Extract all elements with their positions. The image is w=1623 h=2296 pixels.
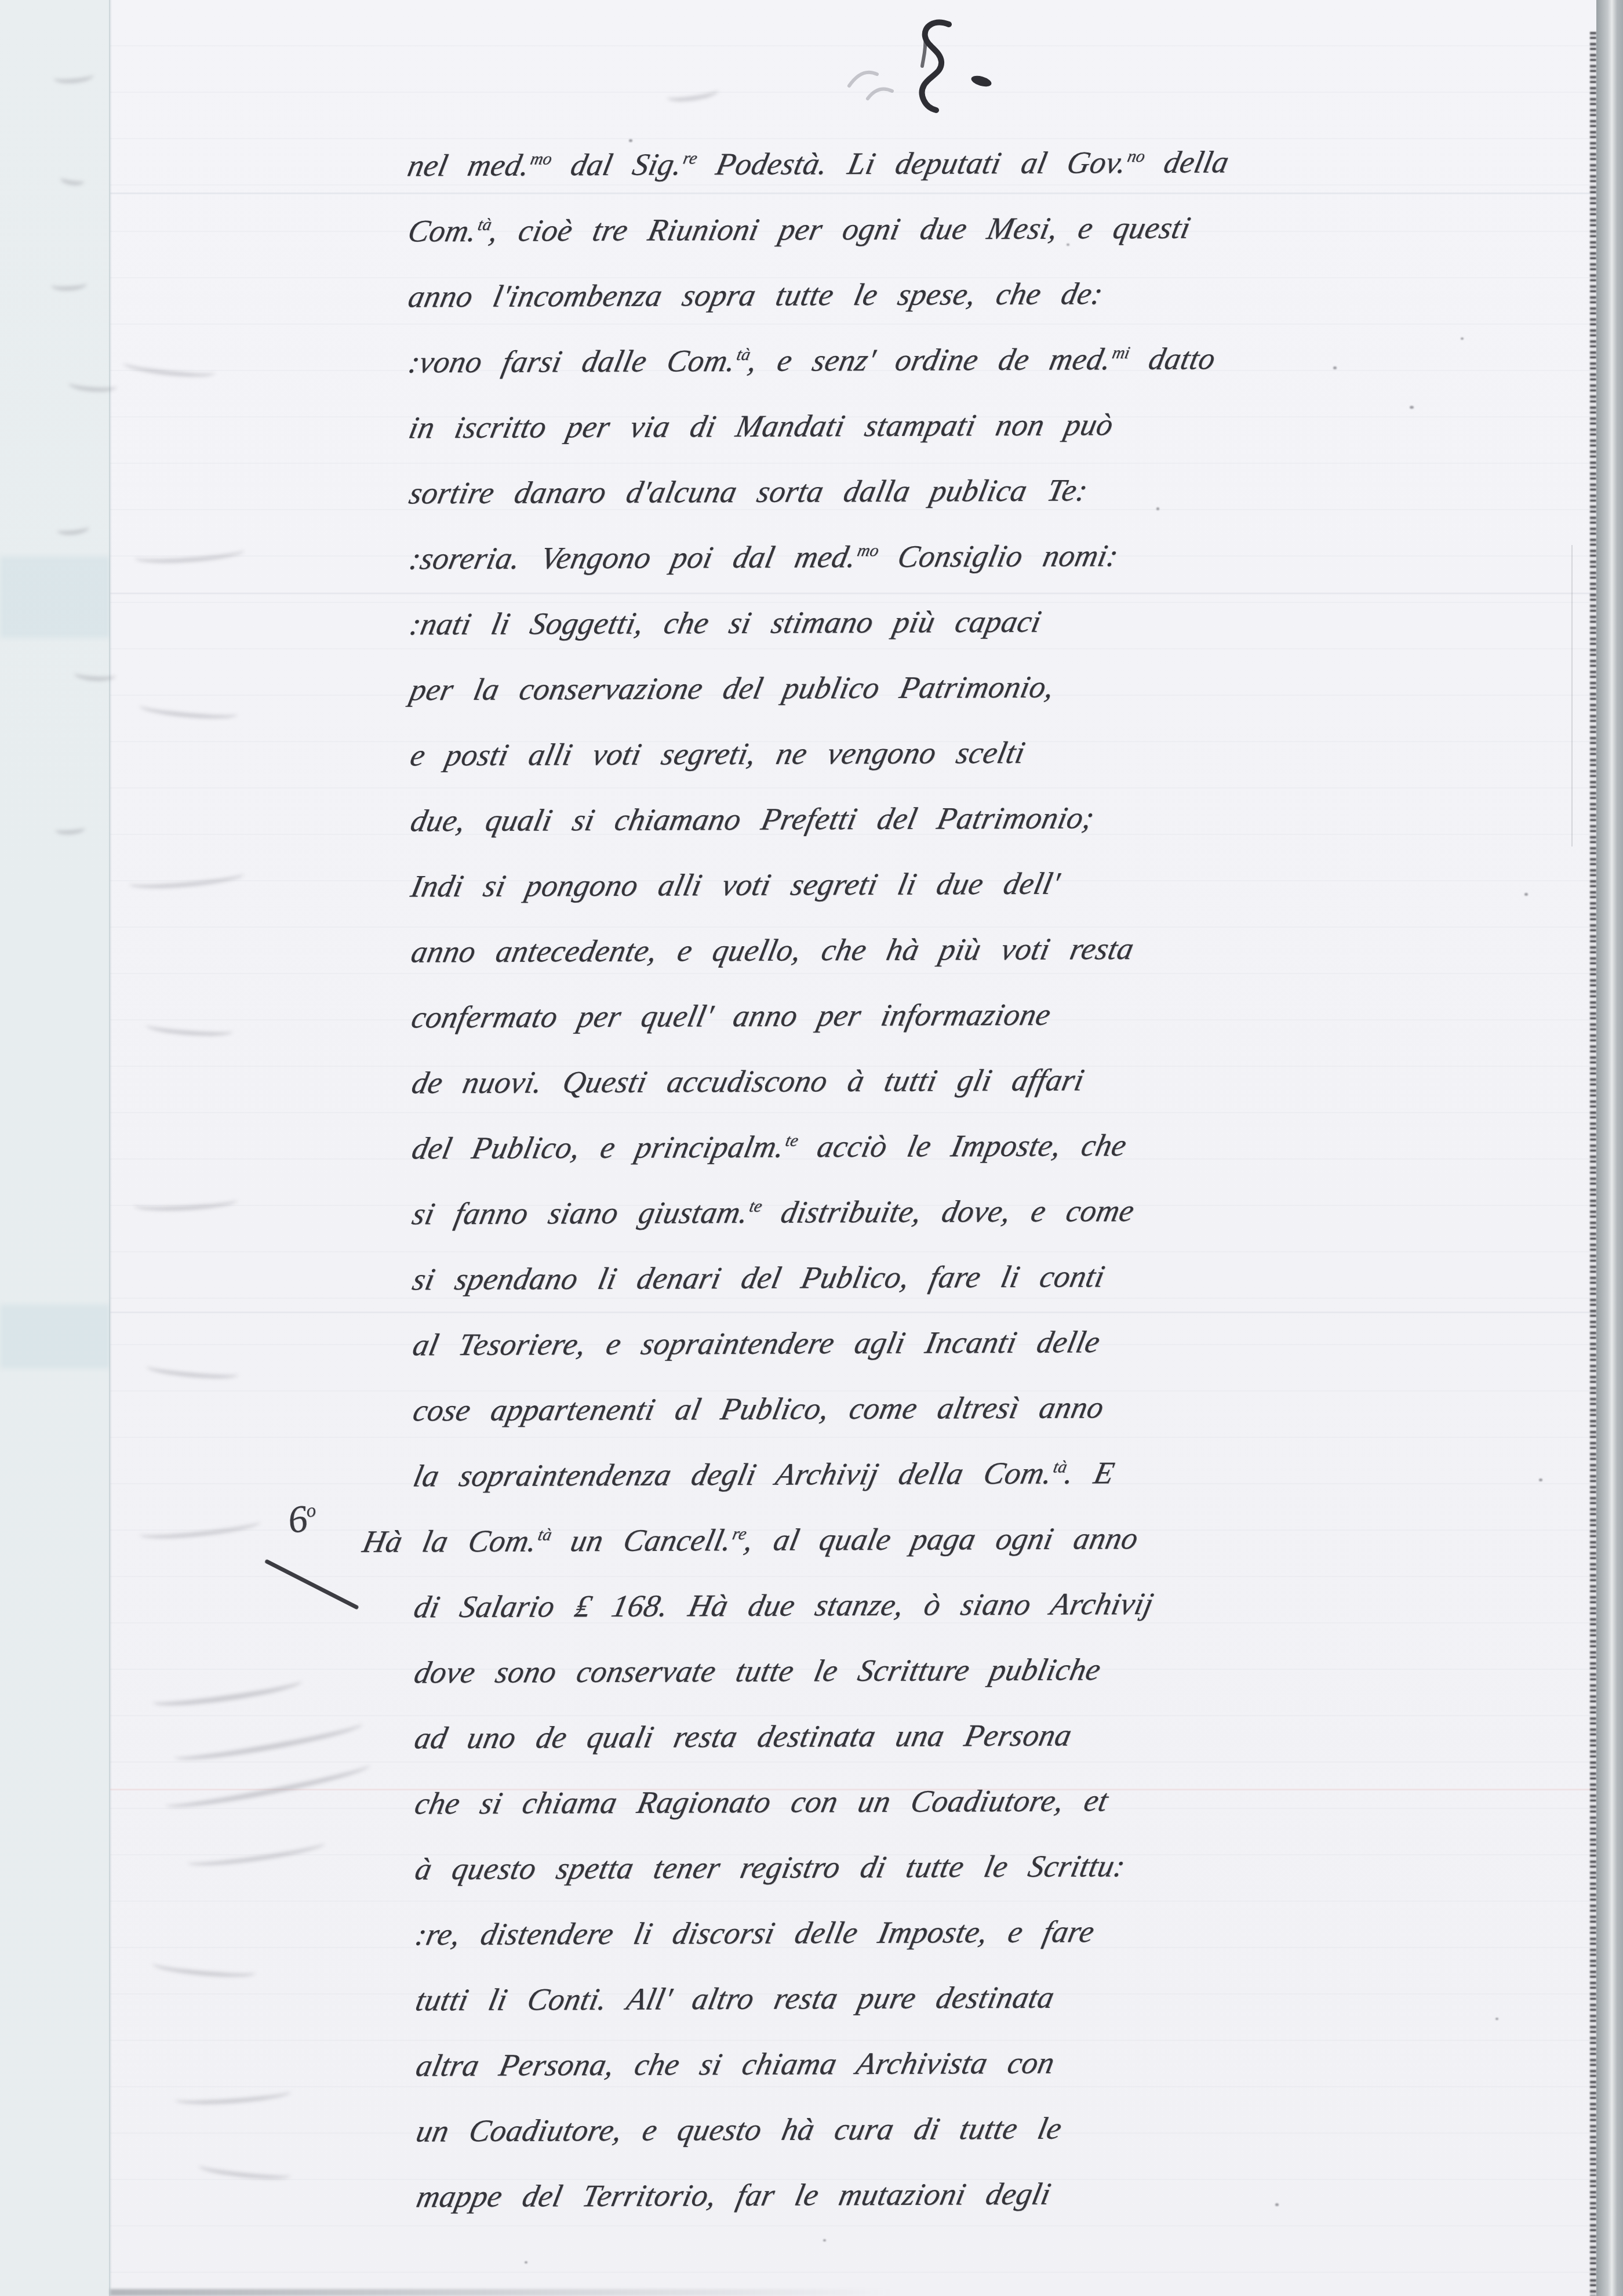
manuscript-line: un Coadiutore, e questo hà cura di tutte…	[417, 2094, 1582, 2164]
manuscript-line: Hà la Com.tà un Cancell.re, al quale pag…	[363, 1504, 1579, 1575]
manuscript-line-ink: tutti li Conti. All' altro resta pure de…	[409, 1965, 1061, 2033]
manuscript-line-ink: Hà la Com.tà un Cancell.re, al quale pag…	[356, 1506, 1145, 1575]
manuscript-line-ink: nel med.mo dal Sig.re Podestà. Li deputa…	[402, 129, 1236, 198]
scanner-right-band	[1596, 0, 1623, 2296]
manuscript-line-ink: la sopraintendenza degli Archivij della …	[407, 1440, 1120, 1509]
manuscript-line: anno antecedente, e quello, che hà più v…	[412, 914, 1577, 985]
ink-speck	[1539, 1478, 1542, 1481]
manuscript-line-ink: un Coadiutore, e questo hà cura di tutte…	[410, 2095, 1068, 2164]
manuscript-line: nel med.mo dal Sig.re Podestà. Li deputa…	[408, 128, 1573, 199]
ink-speck	[1524, 893, 1528, 896]
flourish-swash-icon	[826, 17, 1011, 122]
manuscript-line-ink: e posti alli voti segreti, ne vengono sc…	[404, 720, 1031, 789]
manuscript-line-ink: due, quali si chiamano Prefetti del Patr…	[405, 785, 1101, 853]
manuscript-line-ink: anno antecedente, e quello, che hà più v…	[405, 916, 1141, 985]
manuscript-line: :re, distendere li discorsi delle Impost…	[416, 1897, 1581, 1968]
manuscript-line: :nati li Soggetti, che si stimano più ca…	[410, 587, 1575, 657]
manuscript-line-ink: ad uno de quali resta destinata una Pers…	[408, 1702, 1078, 1771]
manuscript-line-ink: mappe del Territorio, far le mutazioni d…	[410, 2161, 1057, 2230]
manuscript-line: :soreria. Vengono poi dal med.mo Consigl…	[410, 521, 1575, 592]
manuscript-line-ink: Indi si pongono alli voti segreti li due…	[405, 851, 1066, 919]
scanner-streak	[0, 557, 110, 638]
manuscript-line-ink: confermato per quell' anno per informazi…	[405, 982, 1057, 1051]
manuscript-line: de nuovi. Questi accudiscono à tutti gli…	[412, 1045, 1577, 1116]
manuscript-line: ad uno de quali resta destinata una Pers…	[415, 1701, 1580, 1771]
scanned-page: 6o nel med.mo dal Sig.re Podestà. Li dep…	[0, 0, 1623, 2296]
manuscript-line: à questo spetta tener registro di tutte …	[416, 1832, 1581, 1902]
manuscript-line-ink: altra Persona, che si chiama Archivista …	[410, 2030, 1061, 2099]
manuscript-line: del Publico, e principalm.te acciò le Im…	[413, 1111, 1578, 1182]
manuscript-line-ink: cose appartenenti al Publico, come altre…	[407, 1375, 1110, 1443]
manuscript-line: Indi si pongono alli voti segreti li due…	[412, 849, 1577, 920]
manuscript-line: anno l'incombenza sopra tutte le spese, …	[409, 259, 1574, 330]
ink-speck	[525, 2261, 527, 2264]
ink-speck	[1275, 2203, 1279, 2206]
manuscript-line-ink: dove sono conservate tutte le Scritture …	[408, 1637, 1107, 1705]
manuscript-line: :vono farsi dalle Com.tà, e senz' ordine…	[409, 325, 1574, 395]
ink-speck	[823, 2239, 826, 2241]
manuscript-line: al Tesoriere, e sopraintendere agli Inca…	[413, 1307, 1578, 1378]
manuscript-line: Com.tà, cioè tre Riunioni per ogni due M…	[409, 194, 1574, 264]
manuscript-line-ink: di Salario ₤ 168. Hà due stanze, ò siano…	[407, 1571, 1159, 1640]
manuscript-line-ink: che si chiama Ragionato con un Coadiutor…	[409, 1768, 1115, 1836]
manuscript-line: tutti li Conti. All' altro resta pure de…	[416, 1963, 1581, 2033]
manuscript-line: sortire danaro d'alcuna sorta dalla publ…	[410, 456, 1575, 526]
manuscript-line-ink: anno l'incombenza sopra tutte le spese, …	[402, 261, 1109, 329]
paper-right-edge	[1590, 32, 1596, 2296]
manuscript-line: mappe del Territorio, far le mutazioni d…	[417, 2159, 1582, 2230]
manuscript-line-ink: :soreria. Vengono poi dal med.mo Consigl…	[403, 523, 1125, 591]
manuscript-line-ink: si spendano li denari del Publico, fare …	[406, 1244, 1111, 1312]
manuscript-line: per la conservazione del publico Patrimo…	[410, 652, 1575, 723]
manuscript-line-ink: :re, distendere li discorsi delle Impost…	[409, 1899, 1101, 1967]
manuscript-line-ink: del Publico, e principalm.te acciò le Im…	[406, 1113, 1133, 1181]
manuscript-line: dove sono conservate tutte le Scritture …	[414, 1635, 1580, 1706]
ink-speck	[1410, 406, 1414, 409]
manuscript-line-ink: in iscritto per via di Mandati stampati …	[403, 392, 1120, 460]
manuscript-line-ink: sortire danaro d'alcuna sorta dalla publ…	[403, 457, 1094, 526]
manuscript-line-ink: al Tesoriere, e sopraintendere agli Inca…	[406, 1309, 1106, 1378]
manuscript-line: che si chiama Ragionato con un Coadiutor…	[415, 1766, 1580, 1837]
manuscript-line: altra Persona, che si chiama Archivista …	[416, 2028, 1581, 2099]
manuscript-line: si fanno siano giustam.te distribuite, d…	[413, 1176, 1578, 1247]
manuscript-line-ink: si fanno siano giustam.te distribuite, d…	[406, 1178, 1140, 1247]
manuscript-line: due, quali si chiamano Prefetti del Patr…	[411, 783, 1576, 854]
bottom-edge-shadow	[110, 2289, 893, 2296]
ink-speck	[1067, 244, 1069, 246]
paper-fold-line	[1571, 545, 1573, 847]
ink-speck	[629, 139, 632, 142]
manuscript-line-ink: à questo spetta tener registro di tutte …	[409, 1833, 1131, 1902]
manuscript-line-ink: de nuovi. Questi accudiscono à tutti gli…	[406, 1047, 1091, 1116]
ink-speck	[1495, 2018, 1498, 2020]
manuscript-text: nel med.mo dal Sig.re Podestà. Li deputa…	[408, 128, 1582, 2230]
manuscript-line: di Salario ₤ 168. Hà due stanze, ò siano…	[414, 1570, 1580, 1640]
scanner-streak	[0, 1305, 110, 1368]
manuscript-line-ink: Com.tà, cioè tre Riunioni per ogni due M…	[402, 195, 1197, 264]
paper-left-edge	[109, 0, 112, 2296]
manuscript-line: e posti alli voti segreti, ne vengono sc…	[411, 718, 1576, 789]
margin-section-number: 6o	[285, 1495, 320, 1543]
manuscript-line: cose appartenenti al Publico, come altre…	[413, 1373, 1578, 1444]
ink-speck	[1156, 507, 1159, 510]
ink-speck	[1333, 366, 1337, 369]
ink-speck	[1461, 337, 1464, 340]
manuscript-line: in iscritto per via di Mandati stampati …	[409, 390, 1574, 461]
manuscript-line: la sopraintendenza degli Archivij della …	[414, 1438, 1579, 1509]
manuscript-line-ink: :nati li Soggetti, che si stimano più ca…	[403, 589, 1047, 657]
manuscript-line-ink: per la conservazione del publico Patrimo…	[404, 654, 1061, 722]
page-number-flourish	[826, 17, 1011, 125]
manuscript-line: si spendano li denari del Publico, fare …	[413, 1242, 1578, 1313]
manuscript-line-ink: :vono farsi dalle Com.tà, e senz' ordine…	[402, 326, 1222, 395]
manuscript-line: confermato per quell' anno per informazi…	[412, 980, 1577, 1051]
scanner-margin-strip	[0, 0, 110, 2296]
